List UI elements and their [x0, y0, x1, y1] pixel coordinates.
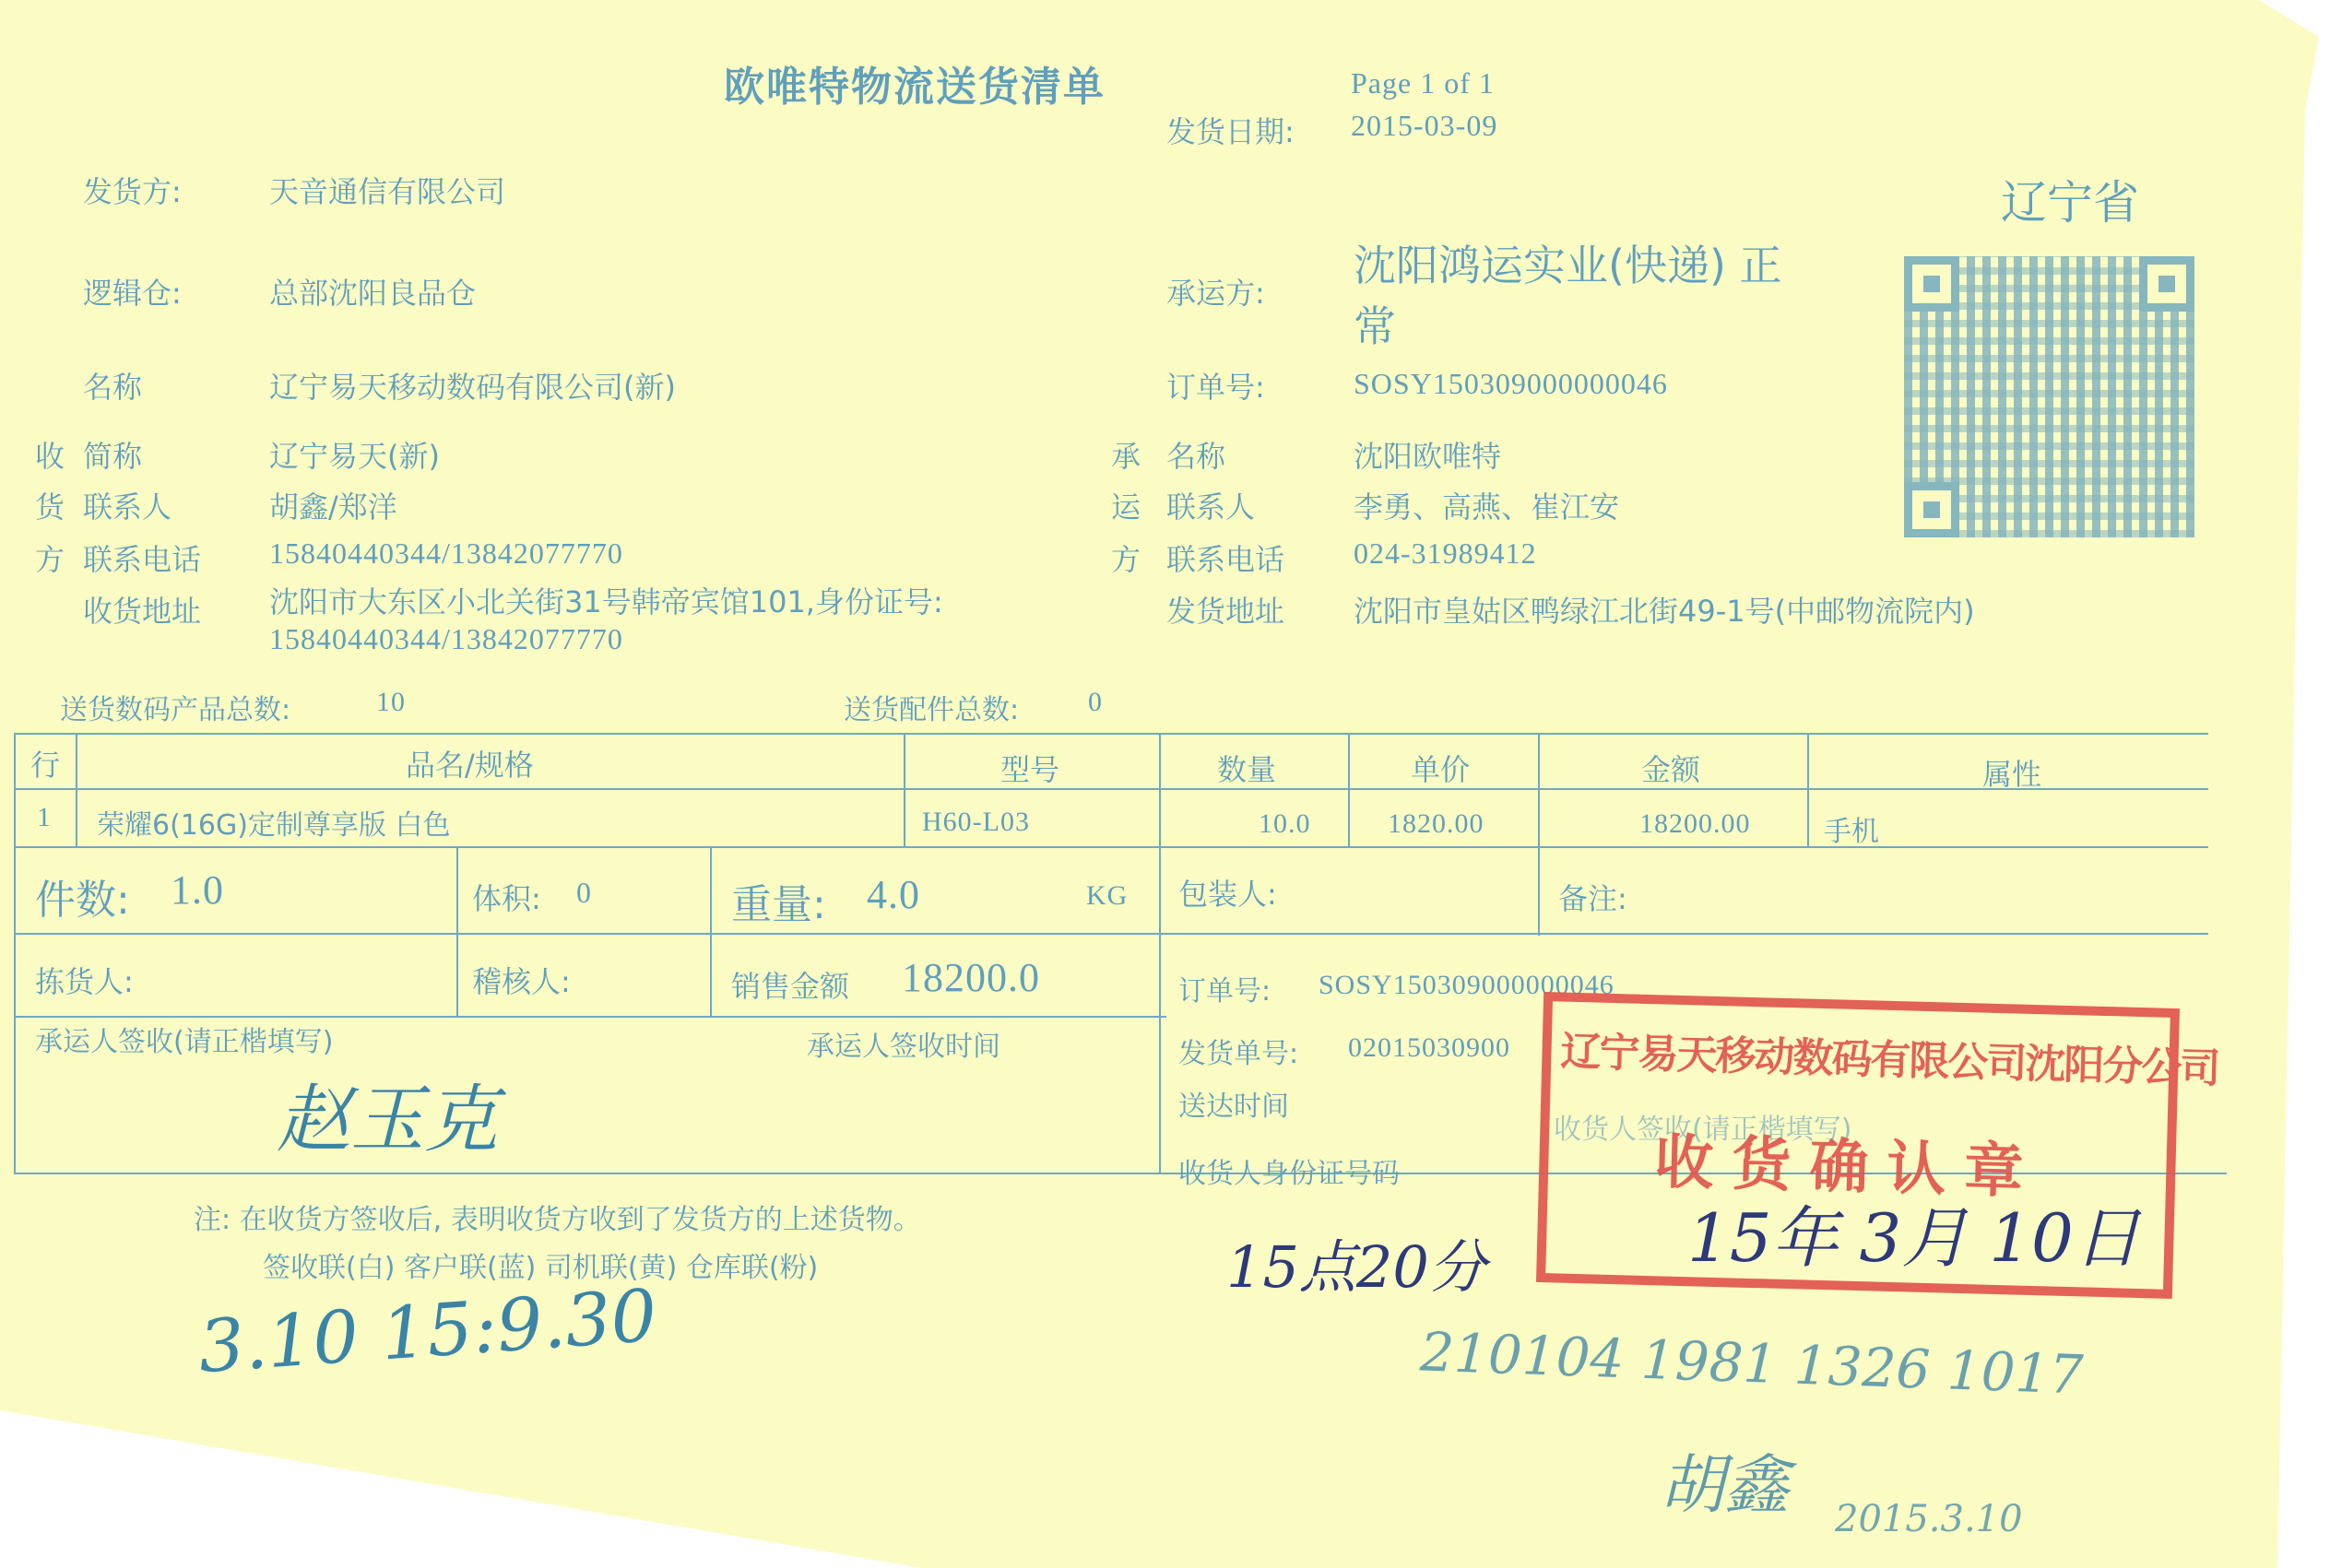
col-divider — [710, 846, 712, 1016]
volume-label: 体积: — [472, 876, 541, 918]
receiver-side-label-1: 收 — [35, 433, 65, 476]
receiver-id-label: 收货人身份证号码 — [1178, 1150, 1400, 1191]
carrier-contact: 李勇、高燕、崔江安 — [1354, 484, 1619, 526]
weight-label: 重量: — [731, 871, 826, 930]
remark-label: 备注: — [1558, 876, 1627, 918]
checker-label: 稽核人: — [472, 959, 571, 1001]
table-header-divider — [14, 788, 2208, 790]
receiver-address-cont: 15840440344/13842077770 — [269, 622, 623, 656]
carrier-order: SOSY150309000000046 — [1354, 367, 1668, 401]
carrier-address-label: 发货地址 — [1166, 588, 1284, 631]
col-divider — [1348, 733, 1350, 846]
weight-unit: KG — [1086, 880, 1128, 912]
carrier-phone-label: 联系电话 — [1166, 536, 1284, 579]
accessory-total-label: 送货配件总数: — [844, 687, 1019, 727]
carrier-phone: 024-31989412 — [1354, 536, 1537, 571]
delivery-time-label: 送达时间 — [1178, 1083, 1289, 1124]
carrier-side-label-1: 承 — [1111, 433, 1141, 476]
time-handwriting-mid: 15点20分 — [1226, 1221, 1486, 1303]
notes-line-2: 签收联(白) 客户联(蓝) 司机联(黄) 仓库联(粉) — [263, 1244, 818, 1285]
notes-line-1: 注: 在收货方签收后, 表明收货方收到了发货方的上述货物。 — [194, 1197, 921, 1237]
warehouse-label: 逻辑仓: — [83, 270, 182, 312]
qr-finder-icon — [2139, 256, 2194, 312]
stamp-date-handwriting: 15年 3月 10日 — [1687, 1185, 2140, 1280]
id-number-handwriting: 210104 1981 1326 1017 — [1419, 1320, 2084, 1406]
time-handwriting-left: 3.10 15:9.30 — [195, 1275, 659, 1389]
pieces-value: 1.0 — [171, 867, 224, 914]
shipper-label: 发货方: — [83, 169, 182, 211]
col-divider — [456, 846, 458, 1016]
table-header-model: 型号 — [1000, 747, 1059, 789]
table-cell-price: 1820.00 — [1388, 808, 1484, 840]
carrier-side-label-2: 运 — [1111, 484, 1141, 526]
table-header-attr: 属性 — [1982, 751, 2041, 794]
receiver-side-label-2: 货 — [35, 484, 65, 526]
carrier-header-value: 沈阳鸿运实业(快递) 正 — [1354, 232, 1782, 293]
receiver-name-label: 名称 — [83, 364, 142, 407]
packer-label: 包装人: — [1178, 871, 1277, 914]
signoff-order-label: 订单号: — [1178, 968, 1271, 1008]
carrier-order-label: 订单号: — [1166, 364, 1265, 407]
table-cell-attr: 手机 — [1824, 808, 1879, 849]
receiver-address-label: 收货地址 — [83, 588, 201, 631]
receiver-phone: 15840440344/13842077770 — [269, 536, 623, 571]
carrier-name: 沈阳欧唯特 — [1354, 433, 1501, 476]
carrier-name-label: 名称 — [1166, 433, 1225, 476]
table-header-qty: 数量 — [1217, 747, 1276, 789]
document-title: 欧唯特物流送货清单 — [724, 53, 1106, 112]
delivery-slip-paper: 欧唯特物流送货清单 Page 1 of 1 发货日期: 2015-03-09 辽… — [0, 0, 2330, 1568]
table-border-top — [14, 733, 2208, 735]
summary-divider — [14, 933, 2208, 935]
carrier-side-label-3: 方 — [1111, 536, 1141, 579]
digital-total: 10 — [376, 687, 406, 718]
table-border-left — [14, 733, 16, 1173]
receiver-short-label: 简称 — [83, 433, 142, 476]
ship-no-label: 发货单号: — [1178, 1031, 1298, 1071]
pieces-label: 件数: — [35, 867, 130, 925]
col-divider — [1807, 733, 1809, 846]
receiver-short: 辽宁易天(新) — [269, 433, 440, 476]
digital-total-label: 送货数码产品总数: — [60, 687, 290, 727]
accessory-total: 0 — [1088, 687, 1103, 718]
warehouse-value: 总部沈阳良品仓 — [269, 270, 476, 312]
carrier-address: 沈阳市皇姑区鸭绿江北街49-1号(中邮物流院内) — [1354, 588, 1975, 631]
receiver-name: 辽宁易天移动数码有限公司(新) — [269, 364, 676, 407]
table-cell-row: 1 — [37, 802, 52, 833]
carrier-header-label: 承运方: — [1166, 270, 1265, 312]
receiver-phone-label: 联系电话 — [83, 536, 201, 579]
weight-value: 4.0 — [867, 871, 920, 918]
col-divider — [1159, 733, 1161, 1173]
sales-label: 销售金额 — [731, 963, 849, 1006]
table-header-amount: 金额 — [1641, 747, 1700, 789]
stamp-company: 辽宁易天移动数码有限公司沈阳分公司 — [1560, 1019, 2219, 1095]
receiver-contact: 胡鑫/郑洋 — [269, 484, 397, 526]
qr-code — [1904, 256, 2194, 537]
receiver-signature-handwriting: 胡鑫 — [1660, 1433, 1789, 1527]
carrier-sign-label: 承运人签收(请正楷填写) — [35, 1019, 333, 1059]
table-cell-model: H60-L03 — [922, 807, 1030, 838]
table-cell-qty: 10.0 — [1259, 808, 1311, 840]
province-label: 辽宁省 — [2001, 166, 2139, 232]
carrier-contact-label: 联系人 — [1166, 484, 1255, 526]
carrier-time-label: 承运人签收时间 — [807, 1023, 1000, 1064]
receiver-address: 沈阳市大东区小北关街31号韩帝宾馆101,身份证号: — [269, 579, 943, 621]
receiver-contact-label: 联系人 — [83, 484, 171, 526]
page-indicator: Page 1 of 1 — [1351, 66, 1495, 100]
receiver-date-handwriting: 2015.3.10 — [1835, 1498, 2023, 1540]
ship-no: 02015030900 — [1348, 1032, 1510, 1064]
qr-finder-icon — [1904, 482, 1959, 537]
table-header-name: 品名/规格 — [406, 742, 534, 784]
table-cell-amount: 18200.00 — [1639, 808, 1751, 840]
table-row-divider — [14, 846, 2208, 848]
ship-date: 2015-03-09 — [1351, 109, 1497, 143]
qr-finder-icon — [1904, 256, 1959, 312]
shipper-value: 天音通信有限公司 — [269, 169, 505, 211]
carrier-signature-handwriting: 赵玉克 — [277, 1060, 498, 1166]
col-divider — [1538, 733, 1540, 936]
volume-value: 0 — [576, 876, 592, 910]
sales-value: 18200.0 — [902, 954, 1040, 1001]
table-header-row: 行 — [30, 742, 60, 784]
receiver-side-label-3: 方 — [35, 536, 65, 579]
table-cell-name: 荣耀6(16G)定制尊享版 白色 — [97, 802, 450, 843]
col-divider — [904, 733, 905, 846]
carrier-header-value-cont: 常 — [1354, 293, 1396, 354]
ship-date-label: 发货日期: — [1166, 109, 1295, 151]
summary-divider-2 — [14, 1016, 1166, 1018]
table-header-price: 单价 — [1411, 747, 1470, 789]
col-divider — [76, 733, 77, 846]
picker-label: 拣货人: — [35, 959, 134, 1001]
